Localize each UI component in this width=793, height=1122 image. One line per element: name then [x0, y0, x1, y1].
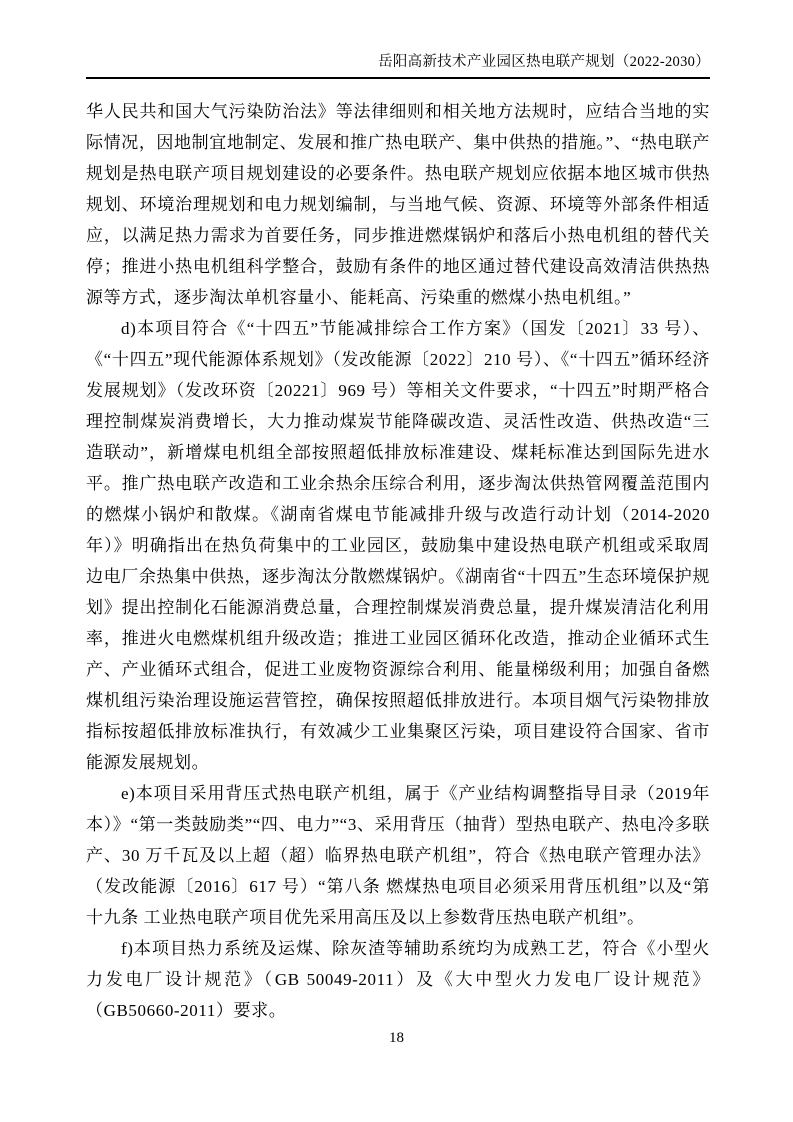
- page-header: 岳阳高新技术产业园区热电联产规划（2022-2030）: [86, 52, 710, 79]
- paragraph-item-f: f)本项目热力系统及运煤、除灰渣等辅助系统均为成熟工艺，符合《小型火力发电厂设计…: [86, 933, 710, 1026]
- paragraph-continuation: 华人民共和国大气污染防治法》等法律细则和相关地方法规时，应结合当地的实际情况，因…: [86, 96, 710, 313]
- page-footer: 18: [0, 1028, 793, 1048]
- page-number: 18: [389, 1030, 404, 1046]
- paragraph-item-e: e)本项目采用背压式热电联产机组，属于《产业结构调整指导目录（2019年本）》“…: [86, 778, 710, 933]
- document-body: 华人民共和国大气污染防治法》等法律细则和相关地方法规时，应结合当地的实际情况，因…: [86, 96, 710, 1026]
- document-page: 岳阳高新技术产业园区热电联产规划（2022-2030） 华人民共和国大气污染防治…: [0, 0, 793, 1122]
- header-title: 岳阳高新技术产业园区热电联产规划（2022-2030）: [86, 52, 710, 72]
- paragraph-item-d: d)本项目符合《“十四五”节能减排综合工作方案》（国发〔2021〕33 号）、《…: [86, 313, 710, 778]
